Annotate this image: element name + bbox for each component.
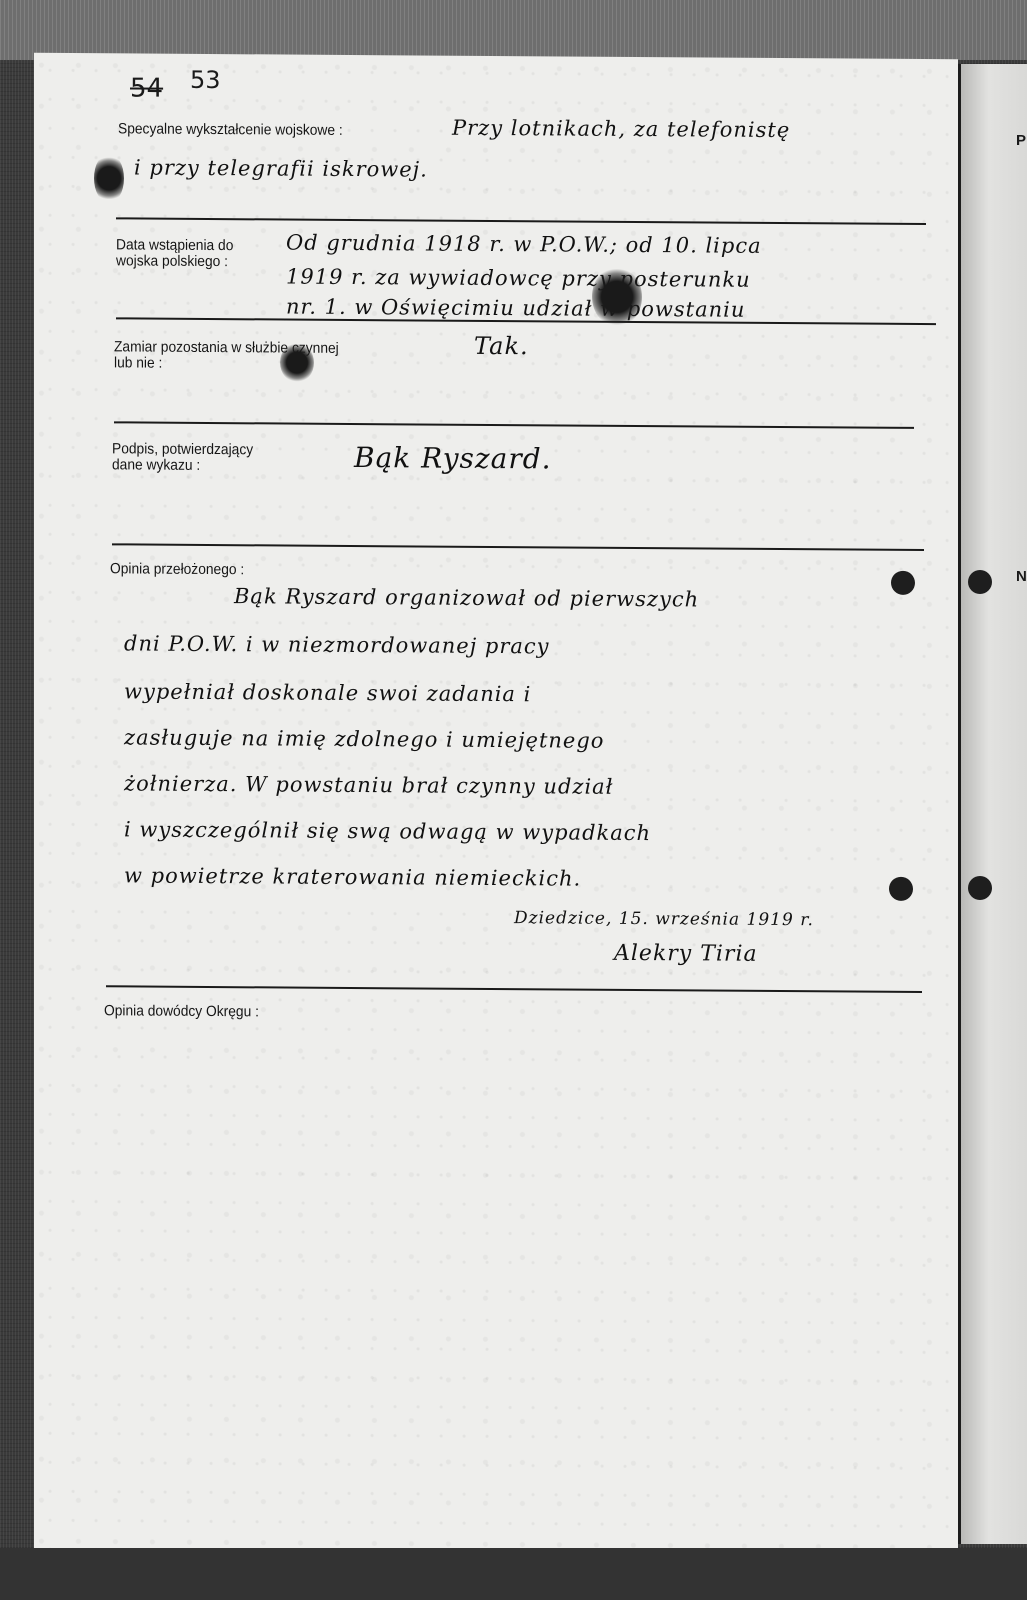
handwritten-special-training-line2: i przy telegrafii iskrowej.	[134, 155, 428, 181]
ink-blot	[592, 267, 642, 327]
handwritten-signature: Bąk Ryszard.	[354, 441, 552, 475]
handwritten-opinion-line: w powietrze kraterowania niemieckich.	[124, 863, 581, 890]
label-signature-line2: dane wykazu :	[112, 457, 200, 474]
divider	[116, 217, 926, 225]
punch-hole	[891, 571, 915, 595]
label-enlistment-date-line2: wojska polskiego :	[116, 253, 228, 270]
document-page: 54 53 Specyalne wykształcenie wojskowe :…	[34, 53, 958, 1559]
handwritten-enlistment-line3: nr. 1. w Oświęcimiu udział w powstaniu	[286, 295, 745, 322]
divider	[114, 421, 914, 429]
scan-background-top	[0, 0, 1027, 60]
label-superior-opinion: Opinia przełożonego :	[110, 561, 244, 578]
handwritten-opinion-line: i wyszczególnił się swą odwagą w wypadka…	[124, 817, 651, 845]
handwritten-service-intention: Tak.	[474, 332, 529, 360]
handwritten-enlistment-line1: Od grudnia 1918 r. w P.O.W.; od 10. lipc…	[286, 231, 762, 258]
page-number: 53	[190, 66, 221, 94]
handwritten-superior-signature: Alekry Tiria	[614, 941, 758, 967]
page-number-struck: 54	[130, 73, 163, 103]
handwritten-place-date: Dziedzice, 15. września 1919 r.	[514, 908, 814, 930]
divider	[112, 543, 924, 551]
ink-blot	[94, 153, 124, 203]
handwritten-opinion-line: dni P.O.W. i w niezmordowanej pracy	[124, 631, 550, 658]
adjacent-page-letter: P	[1016, 132, 1026, 149]
handwritten-opinion-line: wypełniał doskonale swoi zadania i	[124, 679, 531, 706]
handwritten-opinion-line: zasługuje na imię zdolnego i umiejętnego	[124, 725, 604, 752]
label-district-commander-opinion: Opinia dowódcy Okręgu :	[104, 1003, 259, 1020]
scan-background-bottom	[0, 1548, 1027, 1600]
divider	[106, 985, 922, 993]
handwritten-special-training-line1: Przy lotnikach, za telefonistę	[452, 116, 790, 142]
handwritten-opinion-line: żołnierza. W powstaniu brał czynny udzia…	[124, 771, 614, 798]
handwritten-enlistment-line2: 1919 r. za wywiadowcę przy posterunku	[286, 265, 751, 292]
label-service-intention-line2: lub nie :	[114, 355, 162, 371]
adjacent-page-letter: N	[1016, 568, 1027, 585]
punch-hole	[889, 877, 913, 901]
punch-hole	[968, 570, 992, 594]
ink-blot	[280, 342, 314, 382]
label-special-training: Specyalne wykształcenie wojskowe :	[118, 121, 343, 139]
adjacent-page	[958, 64, 1027, 1544]
handwritten-opinion-line: Bąk Ryszard organizował od pierwszych	[234, 584, 699, 611]
punch-hole	[968, 876, 992, 900]
